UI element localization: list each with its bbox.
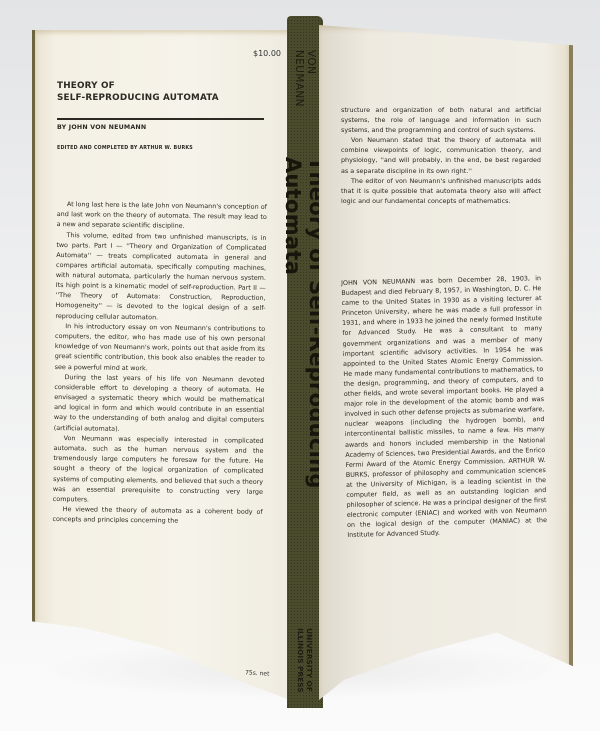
blurb-paragraph: At long last here is the late John von N… [57, 199, 267, 232]
bio-text: JOHN VON NEUMANN was born December 28, 1… [341, 273, 547, 540]
front-flap: $10.00 THEORY OF SELF-REPRODUCING AUTOMA… [32, 30, 295, 702]
title-line-2: SELF-REPRODUCING AUTOMATA [57, 92, 277, 104]
blurb-paragraph: He viewed the theory of automata as a co… [52, 504, 262, 527]
spine-author: VON NEUMANN [293, 50, 317, 135]
spine-publisher: UNIVERSITY OF ILLINOIS PRESS [296, 628, 314, 708]
blurb-paragraph: During the last years of his life von Ne… [54, 372, 265, 435]
blurb-paragraph: Von Neumann was especially interested in… [53, 433, 264, 507]
back-flap: structure and organization of both natur… [319, 25, 573, 700]
book-title: THEORY OF SELF-REPRODUCING AUTOMATA [57, 80, 277, 104]
uk-price-label: 75s. net [244, 669, 269, 677]
price-label: $10.00 [253, 49, 281, 58]
blurb-paragraph: structure and organization of both natur… [341, 105, 541, 135]
blurb-paragraph: The editor of von Neumann's unfinished m… [341, 176, 541, 206]
title-line-1: THEORY OF [57, 80, 277, 92]
author-byline: BY JOHN VON NEUMANN [57, 124, 146, 131]
back-flap-blurb: structure and organization of both natur… [341, 105, 541, 206]
blurb-paragraph: Von Neumann stated that the theory of au… [341, 135, 541, 175]
publisher-line-2: ILLINOIS PRESS [296, 628, 305, 708]
blurb-paragraph: This volume, edited from two unfinished … [55, 230, 266, 324]
front-flap-blurb: At long last here is the late John von N… [52, 199, 267, 528]
editor-byline: EDITED AND COMPLETED BY ARTHUR W. BURKS [57, 146, 193, 151]
title-rule [57, 118, 264, 120]
book-spine: VON NEUMANN Theory of Self-Reproducing A… [287, 16, 323, 708]
spine-text: VON NEUMANN Theory of Self-Reproducing A… [287, 16, 323, 708]
blurb-paragraph: In his introductory essay on von Neumann… [55, 321, 266, 374]
author-biography: JOHN VON NEUMANN was born December 28, 1… [341, 273, 547, 540]
publisher-line-1: UNIVERSITY OF [305, 628, 314, 708]
